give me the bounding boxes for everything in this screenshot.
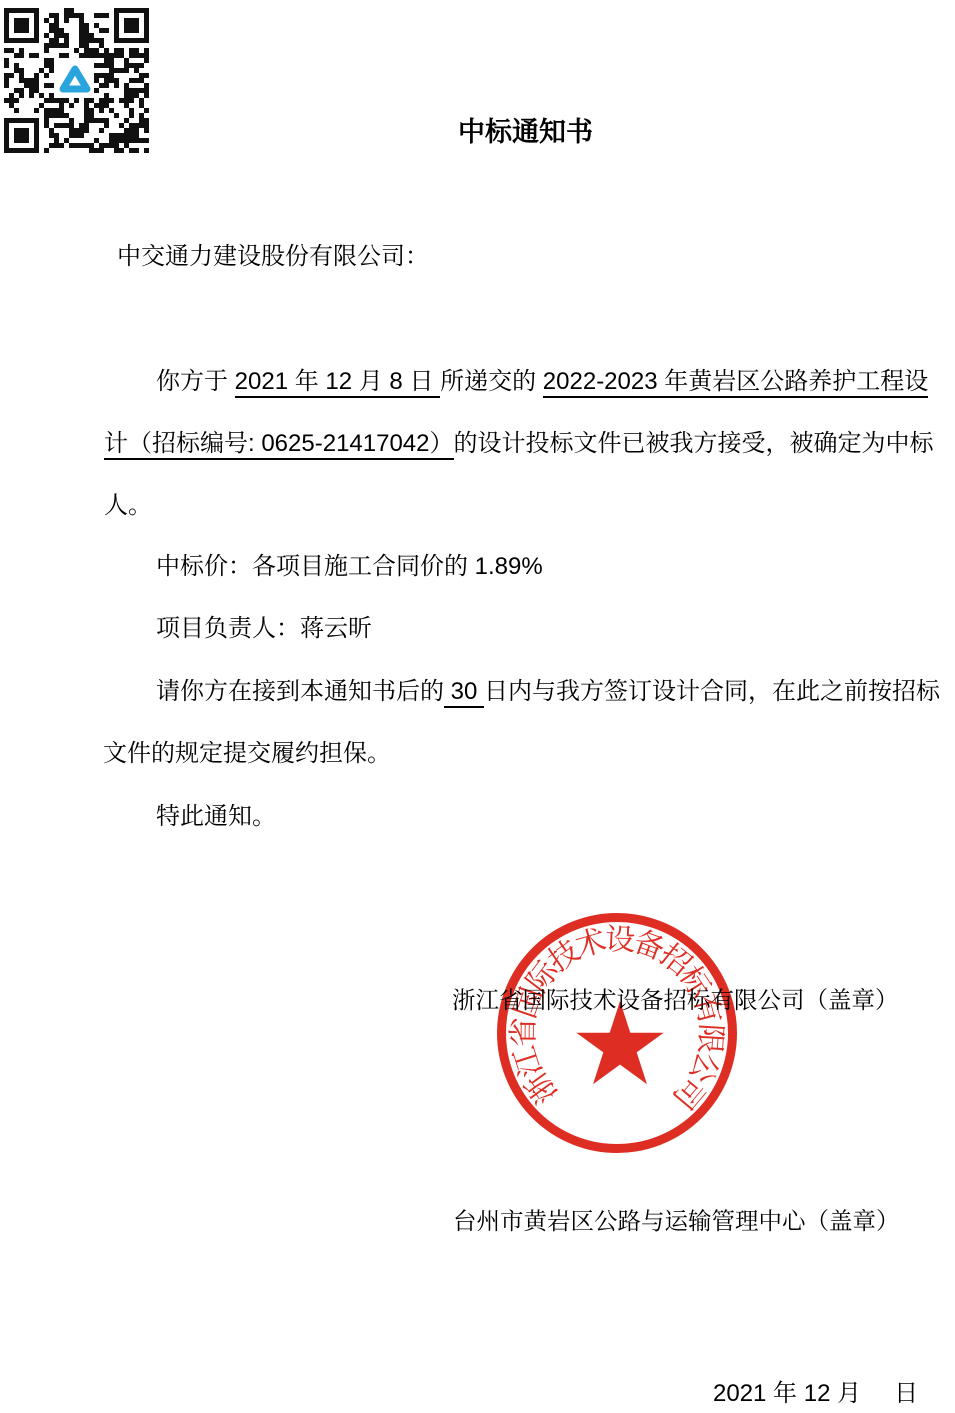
seal-star-icon <box>576 1001 663 1084</box>
submission-date-underlined: 2021 年 12 月 8 日 <box>235 368 440 398</box>
days-underlined: 30 <box>444 678 484 708</box>
text-segment: 请你方在接到本通知书后的 <box>156 678 444 705</box>
qr-finder-bottom-left <box>4 118 39 153</box>
date-main: 2021 年 12 月 <box>713 1380 861 1407</box>
text-segment: 你方于 <box>156 368 235 395</box>
qr-center-logo-icon <box>58 62 92 94</box>
body-line-4: 请你方在接到本通知书后的 30 日内与我方签订设计合同，在此之前按招标 <box>156 677 940 707</box>
official-seal: 浙江省国际技术设备招标有限公司 <box>492 908 742 1158</box>
owner-signature-line: 台州市黄岩区公路与运输管理中心（盖章） <box>453 1206 900 1236</box>
text-segment: 所递交的 <box>440 368 543 395</box>
qr-finder-top-right <box>114 8 149 43</box>
text-segment: 的设计投标文件已被我方接受，被确定为中标 <box>454 430 934 457</box>
document-title: 中标通知书 <box>103 110 948 149</box>
text-segment: 日内与我方签订设计合同，在此之前按招标 <box>484 678 940 705</box>
project-name-underlined: 2022-2023 年黄岩区公路养护工程设 <box>543 368 928 398</box>
tender-number-underlined: 计（招标编号: 0625-21417042） <box>104 430 454 460</box>
body-line-5: 文件的规定提交履约担保。 <box>103 739 391 769</box>
document-page: 中标通知书 中交通力建设股份有限公司： 你方于 2021 年 12 月 8 日 … <box>0 0 955 1413</box>
qr-finder-top-left <box>4 8 39 43</box>
body-line-3: 人。 <box>104 491 152 521</box>
recipient-line: 中交通力建设股份有限公司： <box>117 242 429 272</box>
closing-line: 特此通知。 <box>156 802 276 832</box>
body-line-1: 你方于 2021 年 12 月 8 日 所递交的 2022-2023 年黄岩区公… <box>156 367 928 397</box>
body-line-2: 计（招标编号: 0625-21417042）的设计投标文件已被我方接受，被确定为… <box>104 429 934 459</box>
date-line: 2021 年 12 月日 <box>713 1379 918 1409</box>
bid-price-line: 中标价：各项目施工合同价的 1.89% <box>156 552 543 582</box>
project-manager-line: 项目负责人：蒋云昕 <box>156 614 372 644</box>
date-day-label: 日 <box>894 1380 918 1407</box>
